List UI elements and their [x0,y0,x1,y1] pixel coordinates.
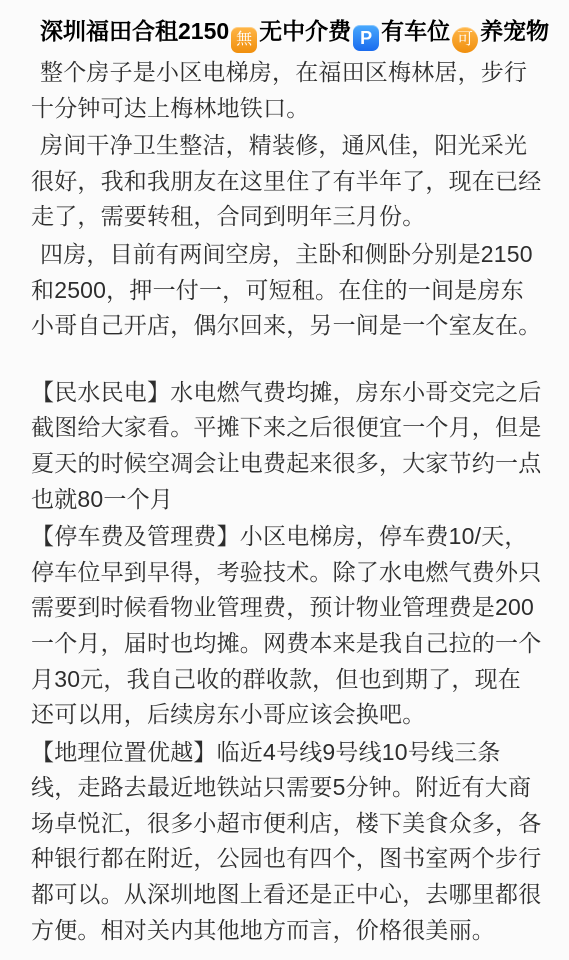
post-title: 深圳福田合租2150無无中介费P有车位可养宠物 [31,12,543,53]
title-text-pets: 养宠物 [480,18,549,44]
parking-emoji-icon: P [353,25,379,51]
paragraph-rooms-price: 四房，目前有两间空房，主卧和侧卧分别是2150和2500，押一付一，可短租。在住… [31,237,543,344]
rental-post: 深圳福田合租2150無无中介费P有车位可养宠物 整个房子是小区电梯房，在福田区梅… [0,0,569,948]
title-text-no-agency-fee: 无中介费 [259,18,351,44]
paragraph-utilities: 【民水民电】水电燃气费均摊，房东小哥交完之后截图给大家看。平摊下来之后很便宜一个… [31,375,543,517]
free-of-charge-emoji-icon: 無 [231,27,257,53]
paragraph-apartment-intro: 整个房子是小区电梯房，在福田区梅林居，步行十分钟可达上梅林地铁口。 [31,55,543,126]
paragraph-location: 【地理位置优越】临近4号线9号线10号线三条线，走路去最近地铁站只需要5分钟。附… [31,735,543,949]
accept-emoji-icon: 可 [452,27,478,53]
title-text-location-price: 深圳福田合租2150 [40,18,229,44]
title-text-parking: 有车位 [381,18,450,44]
paragraph-parking-management-fee: 【停车费及管理费】小区电梯房，停车费10/天，停车位早到早得，考验技术。除了水电… [31,519,543,733]
paragraph-room-condition: 房间干净卫生整洁，精装修，通风佳，阳光采光很好，我和我朋友在这里住了有半年了，现… [31,128,543,235]
